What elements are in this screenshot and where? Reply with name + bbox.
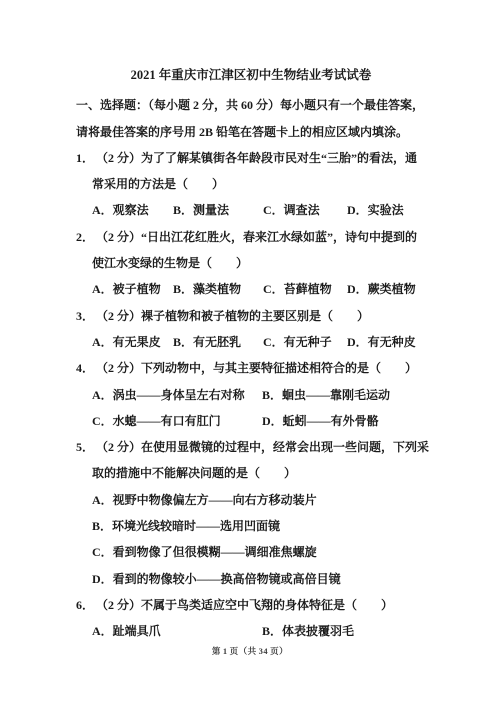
option-b: B．测量法 bbox=[173, 197, 263, 223]
footer-total-pages: 34 bbox=[259, 646, 269, 656]
option-a: A．视野中物像偏左方——向右方移动装片 bbox=[92, 487, 317, 513]
question-stem: 4． （2 分）下列动物中，与其主要特征描述相符合的是（ ） bbox=[76, 355, 426, 381]
question-number: 5． bbox=[76, 434, 96, 460]
option-c: C．苔藓植物 bbox=[263, 276, 347, 302]
option-c: C．调查法 bbox=[263, 197, 347, 223]
question-1: 1． （2 分）为了了解某镇街各年龄段市民对生“三胎”的看法，通 常采用的方法是… bbox=[76, 145, 426, 224]
question-stem: 3． （2 分）裸子植物和被子植物的主要区别是（ ） bbox=[76, 303, 426, 329]
question-stem-text: （2 分）下列动物中，与其主要特征描述相符合的是（ ） bbox=[96, 355, 426, 381]
option-row: A．涡虫——身体呈左右对称 B．蛔虫——靠刚毛运动 bbox=[92, 382, 426, 408]
question-stem: 5． （2 分）在使用显微镜的过程中，经常会出现一些问题，下列采 bbox=[76, 434, 426, 460]
option-b: B．体表披覆羽毛 bbox=[262, 618, 354, 644]
option-a: A．被子植物 bbox=[92, 276, 173, 302]
question-number: 2． bbox=[76, 224, 96, 250]
question-stem-continued: 使江水变绿的生物是（ ） bbox=[92, 250, 426, 276]
option-row: C．看到物像了但很模糊——调细准焦螺旋 bbox=[92, 539, 426, 565]
option-b: B．有无胚乳 bbox=[173, 329, 263, 355]
option-row: A．观察法 B．测量法 C．调查法 D．实验法 bbox=[92, 197, 426, 223]
question-stem-text: （2 分）不属于鸟类适应空中飞翔的身体特征是（ ） bbox=[96, 592, 426, 618]
question-stem-text: （2 分）为了了解某镇街各年龄段市民对生“三胎”的看法，通 bbox=[96, 145, 426, 171]
option-a: A．涡虫——身体呈左右对称 bbox=[92, 382, 262, 408]
question-stem-text: （2 分）裸子植物和被子植物的主要区别是（ ） bbox=[96, 303, 426, 329]
option-row: A．趾端具爪 B．体表披覆羽毛 bbox=[92, 618, 426, 644]
option-row: A．有无果皮 B．有无胚乳 C．有无种子 D．有无种皮 bbox=[92, 329, 426, 355]
option-c: C．看到物像了但很模糊——调细准焦螺旋 bbox=[92, 539, 317, 565]
question-number: 4． bbox=[76, 355, 96, 381]
footer-page-number: 1 bbox=[223, 646, 228, 656]
option-row: C．水螅——有口有肛门 D．蚯蚓——有外骨骼 bbox=[92, 408, 426, 434]
option-d: D．有无种皮 bbox=[347, 329, 416, 355]
footer-prefix: 第 bbox=[212, 646, 221, 656]
option-row: A．视野中物像偏左方——向右方移动装片 bbox=[92, 487, 426, 513]
option-b: B．蛔虫——靠刚毛运动 bbox=[262, 382, 390, 408]
footer-middle: 页（共 bbox=[230, 646, 257, 656]
option-d: D．蚯蚓——有外骨骼 bbox=[262, 408, 379, 434]
question-4: 4． （2 分）下列动物中，与其主要特征描述相符合的是（ ） A．涡虫——身体呈… bbox=[76, 355, 426, 434]
option-c: C．水螅——有口有肛门 bbox=[92, 408, 262, 434]
intro-line-2: 请将最佳答案的序号用 2B 铅笔在答题卡上的相应区域内填涂。 bbox=[76, 119, 426, 145]
question-stem-text: （2 分）“日出江花红胜火，春来江水绿如蓝”，诗句中提到的 bbox=[96, 224, 426, 250]
option-a: A．有无果皮 bbox=[92, 329, 173, 355]
question-number: 3． bbox=[76, 303, 96, 329]
question-number: 6． bbox=[76, 592, 96, 618]
option-d: D．蕨类植物 bbox=[347, 276, 416, 302]
page-footer: 第1页（共34页） bbox=[0, 644, 500, 658]
question-stem-continued: 常采用的方法是（ ） bbox=[92, 171, 426, 197]
exam-page: { "document": { "title": "2021 年重庆市江津区初中… bbox=[0, 0, 500, 707]
exam-document: 2021 年重庆市江津区初中生物结业考试试卷 一、选择题：（每小题 2 分，共 … bbox=[76, 62, 426, 645]
question-5: 5． （2 分）在使用显微镜的过程中，经常会出现一些问题，下列采 取的措施中不能… bbox=[76, 434, 426, 592]
option-a: A．趾端具爪 bbox=[92, 618, 262, 644]
question-3: 3． （2 分）裸子植物和被子植物的主要区别是（ ） A．有无果皮 B．有无胚乳… bbox=[76, 303, 426, 356]
option-d: D．看到的物像较小——换高倍物镜或高倍目镜 bbox=[92, 566, 341, 592]
option-row: A．被子植物 B．藻类植物 C．苔藓植物 D．蕨类植物 bbox=[92, 276, 426, 302]
question-stem-continued: 取的措施中不能解决问题的是（ ） bbox=[92, 460, 426, 486]
option-d: D．实验法 bbox=[347, 197, 404, 223]
question-stem: 2． （2 分）“日出江花红胜火，春来江水绿如蓝”，诗句中提到的 bbox=[76, 224, 426, 250]
option-row: B．环境光线较暗时——选用凹面镜 bbox=[92, 513, 426, 539]
question-2: 2． （2 分）“日出江花红胜火，春来江水绿如蓝”，诗句中提到的 使江水变绿的生… bbox=[76, 224, 426, 303]
intro-line-1: 一、选择题：（每小题 2 分，共 60 分）每小题只有一个最佳答案， bbox=[76, 92, 426, 118]
option-c: C．有无种子 bbox=[263, 329, 347, 355]
option-b: B．藻类植物 bbox=[173, 276, 263, 302]
page-title: 2021 年重庆市江津区初中生物结业考试试卷 bbox=[76, 62, 426, 88]
option-b: B．环境光线较暗时——选用凹面镜 bbox=[92, 513, 280, 539]
question-stem-text: （2 分）在使用显微镜的过程中，经常会出现一些问题，下列采 bbox=[96, 434, 429, 460]
question-6: 6． （2 分）不属于鸟类适应空中飞翔的身体特征是（ ） A．趾端具爪 B．体表… bbox=[76, 592, 426, 645]
question-stem: 6． （2 分）不属于鸟类适应空中飞翔的身体特征是（ ） bbox=[76, 592, 426, 618]
option-row: D．看到的物像较小——换高倍物镜或高倍目镜 bbox=[92, 566, 426, 592]
question-stem: 1． （2 分）为了了解某镇街各年龄段市民对生“三胎”的看法，通 bbox=[76, 145, 426, 171]
footer-suffix: 页） bbox=[270, 646, 288, 656]
question-number: 1． bbox=[76, 145, 96, 171]
option-a: A．观察法 bbox=[92, 197, 173, 223]
